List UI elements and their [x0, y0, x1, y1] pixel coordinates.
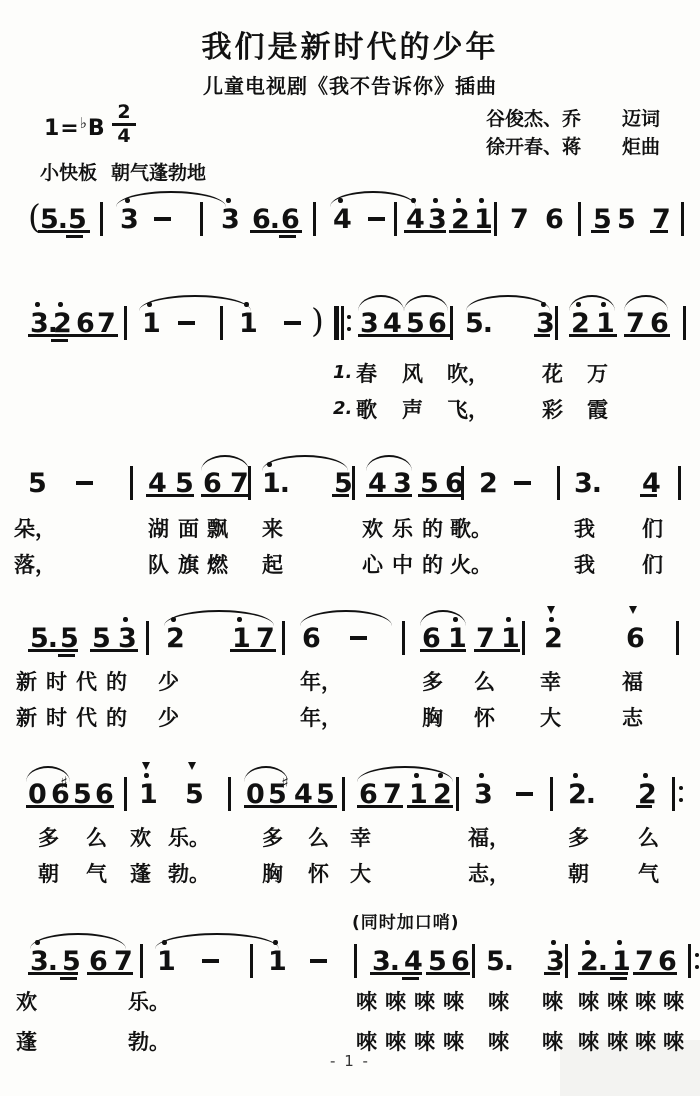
- lyric-syllable: 歌。: [450, 519, 492, 540]
- note: 5.: [40, 206, 67, 233]
- whistle-annotation: (同时加口哨): [352, 908, 460, 933]
- note: 4: [642, 470, 660, 497]
- lyric-syllable: 少: [158, 708, 179, 729]
- barline: [250, 944, 253, 978]
- lyric-syllable: 胸: [422, 708, 443, 729]
- lyric-syllable: 唻: [635, 1032, 656, 1053]
- lyric-syllable: 唻: [385, 1032, 406, 1053]
- note: 7: [635, 948, 653, 975]
- note: 1: [474, 206, 492, 233]
- note: 1: [239, 310, 257, 337]
- lyric-syllable: 福: [622, 672, 643, 693]
- note: 1: [596, 310, 614, 337]
- beam-underline: [404, 230, 446, 233]
- beam-underline: [591, 230, 609, 233]
- lyric-syllable: 志，: [468, 864, 510, 885]
- note: 6: [650, 310, 668, 337]
- lyric-syllable: 欢: [130, 828, 151, 849]
- beam-underline: [449, 230, 491, 233]
- lyric-syllable: 唻: [488, 992, 509, 1013]
- lyric-syllable: 们: [642, 519, 663, 540]
- beam-underline: [370, 972, 422, 975]
- barline: [146, 621, 149, 655]
- note: ♯5: [73, 781, 91, 808]
- lyric-syllable: 声: [402, 400, 423, 421]
- beam-underline: [64, 805, 114, 808]
- note: 6: [422, 625, 440, 652]
- note: 4: [368, 470, 386, 497]
- flat-icon: ♭: [80, 114, 88, 132]
- note: 1: [232, 625, 250, 652]
- lyric-syllable: 唻: [414, 992, 435, 1013]
- note: 1: [612, 948, 630, 975]
- slur-arc: [116, 191, 226, 207]
- lyric-syllable: 乐。: [128, 992, 170, 1013]
- lyric-syllable: 唻: [663, 1032, 684, 1053]
- slur-arc: [624, 295, 668, 311]
- lyric-syllable: 唻: [385, 992, 406, 1013]
- lyric-syllable: 幸: [350, 828, 371, 849]
- time-signature: 2 4: [112, 103, 136, 146]
- octave-dot-icon: [123, 617, 128, 622]
- barline: [450, 306, 453, 340]
- beam-underline: [474, 649, 520, 652]
- note: 6: [428, 310, 446, 337]
- note: 5.: [30, 625, 57, 652]
- lyric-syllable: 唻: [578, 992, 599, 1013]
- note: 6: [89, 948, 107, 975]
- beam-underline: [640, 494, 657, 497]
- note: 3: [428, 206, 446, 233]
- repeat-dot-icon: [679, 786, 683, 790]
- lyric-syllable: 新: [16, 708, 37, 729]
- octave-dot-icon: [551, 940, 556, 945]
- lyric-syllable: 气: [638, 864, 659, 885]
- note: 5: [316, 781, 334, 808]
- beam-underline: [201, 494, 249, 497]
- note: 5: [428, 948, 446, 975]
- slur-arc: [26, 766, 70, 782]
- lyric-syllable: 风: [402, 364, 423, 385]
- barline: [342, 777, 345, 811]
- note: 1: [501, 625, 519, 652]
- note: 6: [359, 781, 377, 808]
- lyric-syllable: 蓬: [130, 864, 151, 885]
- slur-arc: [366, 455, 412, 471]
- note: 5.: [486, 948, 513, 975]
- note: 2: [638, 781, 656, 808]
- lyric-syllable: 唻: [578, 1032, 599, 1053]
- lyric-syllable: 歌: [356, 400, 377, 421]
- lyric-syllable: 年，: [300, 672, 342, 693]
- barline: [130, 466, 133, 500]
- note: 5: [68, 206, 86, 233]
- lyric-syllable: 年，: [300, 708, 342, 729]
- lyric-syllable: 怀: [474, 708, 495, 729]
- lyricist-credit: 谷俊杰、乔 迈词: [486, 104, 660, 131]
- repeat-dot-icon: [679, 798, 683, 802]
- beam-underline: [426, 972, 470, 975]
- slur-arc: [262, 455, 348, 471]
- lyric-syllable: 飞，: [447, 400, 489, 421]
- slur-arc: [139, 295, 251, 311]
- barline: [557, 466, 560, 500]
- barline: [354, 944, 357, 978]
- note: 1.: [262, 470, 289, 497]
- beam-underline: [624, 334, 670, 337]
- note: 3: [118, 625, 136, 652]
- octave-dot-icon: [549, 617, 554, 622]
- barline: [140, 944, 143, 978]
- barline: [124, 306, 127, 340]
- slur-arc: [244, 766, 288, 782]
- duration-dash: [202, 959, 219, 963]
- barline: [555, 306, 558, 340]
- lyric-syllable: 多: [568, 828, 589, 849]
- lyric-syllable: 大: [540, 708, 561, 729]
- note: 2: [166, 625, 184, 652]
- lyric-syllable: 多: [38, 828, 59, 849]
- octave-dot-icon: [506, 617, 511, 622]
- slur-arc: [420, 610, 466, 626]
- slur-arc: [201, 455, 249, 471]
- note: 3: [536, 310, 554, 337]
- lyric-syllable: 的: [422, 519, 443, 540]
- note: 3: [360, 310, 378, 337]
- beam-underline: [28, 334, 74, 337]
- note: 6: [545, 206, 563, 233]
- lyric-syllable: 么: [474, 672, 495, 693]
- lyric-syllable: 勃。: [168, 864, 210, 885]
- note: 3: [546, 948, 564, 975]
- note: 1: [157, 948, 175, 975]
- beam-underline: [366, 494, 412, 497]
- lyric-syllable: 乐。: [168, 828, 210, 849]
- note: 7: [230, 470, 248, 497]
- beam-underline: [534, 334, 550, 337]
- lyric-syllable: 霞: [587, 400, 608, 421]
- lyric-syllable: 湖: [148, 519, 169, 540]
- barline: [352, 466, 355, 500]
- lyric-syllable: 燃: [207, 555, 228, 576]
- barline: [688, 944, 691, 978]
- lyric-syllable: 代: [76, 672, 97, 693]
- slur-arc: [155, 933, 279, 949]
- barline: [672, 777, 675, 811]
- lyric-syllable: 的: [422, 555, 443, 576]
- lyric-syllable: 唻: [542, 992, 563, 1013]
- beam-underline: [418, 494, 464, 497]
- accent-mark-icon: [142, 762, 150, 770]
- note: 7: [626, 310, 644, 337]
- beam-underline: [28, 972, 78, 975]
- duration-dash: [76, 481, 93, 485]
- lyric-syllable: 我: [574, 519, 595, 540]
- repeat-dot-icon: [347, 315, 351, 319]
- lyric-syllable: 唻: [443, 1032, 464, 1053]
- note: 4: [404, 948, 422, 975]
- lyric-syllable: 万: [587, 364, 608, 385]
- slur-arc: [357, 766, 453, 782]
- note: 1: [409, 781, 427, 808]
- meter-denominator: 4: [112, 127, 136, 146]
- accent-mark-icon: [629, 606, 637, 614]
- verse-number: 1.: [333, 364, 352, 382]
- octave-dot-icon: [433, 198, 438, 203]
- tempo-marking: 小快板 朝气蓬勃地: [40, 158, 206, 185]
- note: 3.: [372, 948, 399, 975]
- lyric-syllable: 唻: [414, 1032, 435, 1053]
- beam-underline: [633, 972, 677, 975]
- beam-underline: [357, 805, 403, 808]
- note: 3: [221, 206, 239, 233]
- beam-underline: [610, 977, 627, 980]
- note: 2: [451, 206, 469, 233]
- lyric-syllable: 落，: [14, 555, 56, 576]
- barline: [282, 621, 285, 655]
- lyric-syllable: 欢: [362, 519, 383, 540]
- lyric-syllable: 花: [542, 364, 563, 385]
- note: 5: [617, 206, 635, 233]
- octave-dot-icon: [479, 773, 484, 778]
- note: 3.: [574, 470, 601, 497]
- lyric-syllable: 怀: [308, 864, 329, 885]
- barline: [220, 306, 223, 340]
- note: 2: [544, 625, 562, 652]
- beam-underline: [650, 230, 668, 233]
- barline: [313, 202, 316, 236]
- beam-underline: [87, 972, 133, 975]
- sheet-music-page: 我们是新时代的少年 儿童电视剧《我不告诉你》插曲 1=♭B 2 4 谷俊杰、乔 …: [0, 0, 700, 1096]
- duration-dash: [516, 792, 533, 796]
- note: 4: [148, 470, 166, 497]
- beam-underline: [230, 649, 276, 652]
- beam-underline: [407, 805, 453, 808]
- note: 2: [53, 310, 71, 337]
- parenthesis: ): [311, 304, 324, 337]
- slur-arc: [164, 610, 274, 626]
- note: 5: [185, 781, 203, 808]
- octave-dot-icon: [573, 773, 578, 778]
- beam-underline: [279, 235, 296, 238]
- octave-dot-icon: [479, 198, 484, 203]
- barline: [522, 621, 525, 655]
- lyric-syllable: 志: [622, 708, 643, 729]
- octave-dot-icon: [58, 302, 63, 307]
- verse-number: 2.: [333, 400, 352, 418]
- lyric-syllable: 唻: [607, 992, 628, 1013]
- lyric-syllable: 起: [262, 555, 283, 576]
- note: 6: [451, 948, 469, 975]
- note: 1: [268, 948, 286, 975]
- note: 6: [95, 781, 113, 808]
- slur-arc: [404, 295, 448, 311]
- beam-underline: [28, 649, 78, 652]
- slur-arc: [466, 295, 550, 311]
- note: ♯4: [294, 781, 312, 808]
- duration-dash: [178, 321, 195, 325]
- note: 6: [626, 625, 644, 652]
- beam-underline: [578, 972, 628, 975]
- lyric-syllable: 胸: [262, 864, 283, 885]
- lyric-syllable: 乐: [392, 519, 413, 540]
- barline: [472, 944, 475, 978]
- slur-arc: [330, 191, 416, 207]
- barline: [228, 777, 231, 811]
- note: 5: [593, 206, 611, 233]
- lyric-syllable: 面: [178, 519, 199, 540]
- lyric-syllable: 火。: [450, 555, 492, 576]
- repeat-start-bar: [341, 306, 344, 340]
- beam-underline: [146, 494, 194, 497]
- barline: [578, 202, 581, 236]
- barline: [676, 621, 679, 655]
- note: 4: [333, 206, 351, 233]
- beam-underline: [51, 339, 68, 342]
- beam-underline: [404, 334, 450, 337]
- octave-dot-icon: [144, 773, 149, 778]
- note: 5: [406, 310, 424, 337]
- barline: [683, 306, 686, 340]
- barline: [565, 944, 568, 978]
- note: 5: [334, 470, 352, 497]
- beam-underline: [58, 654, 75, 657]
- barline: [456, 777, 459, 811]
- barline: [402, 621, 405, 655]
- meter-numerator: 2: [112, 103, 136, 122]
- barline: [494, 202, 497, 236]
- barline: [124, 777, 127, 811]
- beam-underline: [60, 977, 77, 980]
- barline: [681, 202, 684, 236]
- lyric-syllable: 么: [86, 828, 107, 849]
- lyric-syllable: 队: [148, 555, 169, 576]
- note: 6: [281, 206, 299, 233]
- lyric-syllable: 唻: [607, 1032, 628, 1053]
- lyric-syllable: 少: [158, 672, 179, 693]
- beam-underline: [420, 649, 466, 652]
- lyric-syllable: 欢: [16, 992, 37, 1013]
- beam-underline: [250, 230, 302, 233]
- lyric-syllable: 新: [16, 672, 37, 693]
- lyric-syllable: 代: [76, 708, 97, 729]
- beam-underline: [90, 649, 138, 652]
- duration-dash: [310, 959, 327, 963]
- beam-underline: [636, 805, 652, 808]
- duration-dash: [284, 321, 301, 325]
- octave-dot-icon: [643, 773, 648, 778]
- lyric-syllable: 飘: [207, 519, 228, 540]
- note: 5: [175, 470, 193, 497]
- lyric-syllable: 我: [574, 555, 595, 576]
- barline: [200, 202, 203, 236]
- duration-dash: [350, 636, 367, 640]
- song-title: 我们是新时代的少年: [0, 22, 700, 66]
- lyric-syllable: 多: [262, 828, 283, 849]
- beam-underline: [544, 972, 560, 975]
- note: 3: [393, 470, 411, 497]
- beam-underline: [287, 805, 337, 808]
- note: 7: [510, 206, 528, 233]
- note: 0: [28, 781, 46, 808]
- beam-underline: [66, 235, 83, 238]
- lyric-syllable: 朝: [568, 864, 589, 885]
- lyric-syllable: 唻: [356, 1032, 377, 1053]
- note: 0: [246, 781, 264, 808]
- note: 7: [97, 310, 115, 337]
- lyric-syllable: 们: [642, 555, 663, 576]
- note: 4: [406, 206, 424, 233]
- repeat-dot-icon: [695, 965, 699, 969]
- duration-dash: [154, 217, 171, 221]
- lyric-syllable: 朝: [38, 864, 59, 885]
- octave-dot-icon: [617, 940, 622, 945]
- slur-arc: [30, 933, 126, 949]
- note: 2.: [580, 948, 607, 975]
- lyric-syllable: 唻: [488, 1032, 509, 1053]
- note: 5: [28, 470, 46, 497]
- note: 7: [476, 625, 494, 652]
- barline: [394, 202, 397, 236]
- beam-underline: [38, 230, 90, 233]
- lyric-syllable: 幸: [540, 672, 561, 693]
- lyric-syllable: 唻: [663, 992, 684, 1013]
- note: 7: [383, 781, 401, 808]
- octave-dot-icon: [35, 302, 40, 307]
- lyric-syllable: 的: [106, 708, 127, 729]
- note: 2: [433, 781, 451, 808]
- beam-underline: [244, 805, 290, 808]
- lyric-syllable: 朵，: [14, 519, 56, 540]
- lyric-syllable: 吹，: [447, 364, 489, 385]
- lyric-syllable: 心: [362, 555, 383, 576]
- slur-arc: [569, 295, 615, 311]
- duration-dash: [514, 481, 531, 485]
- note: 1: [142, 310, 160, 337]
- beam-underline: [358, 334, 404, 337]
- note: 1: [139, 781, 157, 808]
- note: 7: [256, 625, 274, 652]
- lyric-syllable: 气: [86, 864, 107, 885]
- beam-underline: [332, 494, 349, 497]
- lyric-syllable: 蓬: [16, 1032, 37, 1053]
- lyric-syllable: 唻: [635, 992, 656, 1013]
- note: 5: [60, 625, 78, 652]
- note: 1: [448, 625, 466, 652]
- lyric-syllable: 唻: [542, 1032, 563, 1053]
- note: 3: [474, 781, 492, 808]
- barline: [100, 202, 103, 236]
- note: 3: [120, 206, 138, 233]
- note: 6.: [252, 206, 279, 233]
- note: 7: [652, 206, 670, 233]
- beam-underline: [74, 334, 118, 337]
- lyric-syllable: 勃。: [128, 1032, 170, 1053]
- beam-underline: [569, 334, 617, 337]
- lyric-syllable: 来: [262, 519, 283, 540]
- note: 6: [658, 948, 676, 975]
- repeat-dot-icon: [347, 327, 351, 331]
- lyric-syllable: 福，: [468, 828, 510, 849]
- lyric-syllable: 的: [106, 672, 127, 693]
- octave-dot-icon: [456, 198, 461, 203]
- barline: [678, 466, 681, 500]
- lyric-syllable: 唻: [356, 992, 377, 1013]
- composer-credit: 徐开春、蒋 炬曲: [486, 132, 660, 159]
- lyric-syllable: 么: [638, 828, 659, 849]
- lyric-syllable: 时: [46, 708, 67, 729]
- song-subtitle: 儿童电视剧《我不告诉你》插曲: [0, 70, 700, 99]
